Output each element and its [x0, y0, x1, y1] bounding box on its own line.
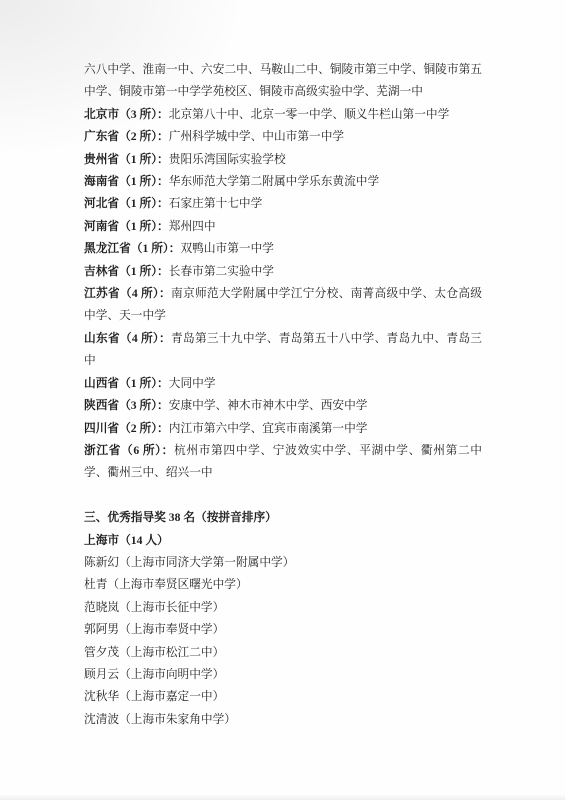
school-list: 安康中学、神木市神木中学、西安中学: [169, 399, 368, 412]
school-list: 广州科学城中学、中山市第一中学: [169, 130, 344, 143]
school-list: 贵阳乐湾国际实验学校: [169, 153, 286, 166]
instructor-entry: 杜青（上海市奉贤区曙光中学）: [84, 574, 482, 596]
province-count: （1 所）：: [119, 377, 169, 390]
school-list-continuation-text: 六八中学、淮南一中、六安二中、马鞍山二中、铜陵市第三中学、铜陵市第五中学、铜陵市…: [84, 63, 482, 98]
instructor-name: 沈清波: [84, 713, 119, 726]
province-name: 浙江省: [84, 444, 121, 457]
province-name: 河北省: [84, 197, 119, 210]
province-label: 陕西省（3 所）：: [84, 399, 169, 412]
province-name: 广东省: [84, 130, 119, 143]
award-entry: 黑龙江省（1 所）：双鸭山市第一中学: [84, 238, 482, 260]
province-count: （3 所）：: [119, 399, 169, 412]
province-count: （1 所）：: [131, 242, 181, 255]
school-list: 华东师范大学第二附属中学乐东黄流中学: [169, 175, 379, 188]
province-name: 江苏省: [84, 287, 120, 300]
province-name: 黑龙江省: [84, 242, 131, 255]
instructor-school: （上海市同济大学第一附属中学）: [119, 556, 294, 569]
instructor-entry: 沈清波（上海市朱家角中学）: [84, 709, 482, 731]
award-entry: 吉林省（1 所）：长春市第二实验中学: [84, 261, 482, 283]
province-count: （1 所）：: [119, 175, 169, 188]
instructor-school: （上海市奉贤中学）: [119, 623, 224, 636]
instructor-school: （上海市松江二中）: [119, 646, 224, 659]
province-name: 贵州省: [84, 153, 119, 166]
city-heading: 上海市（14 人）: [84, 530, 482, 552]
province-count: （1 所）：: [119, 197, 169, 210]
instructor-school: （上海市奉贤区曙光中学）: [107, 578, 247, 591]
instructor-name: 管夕茂: [84, 646, 119, 659]
award-entry: 河南省（1 所）：郑州四中: [84, 216, 482, 238]
province-label: 山东省（4 所）：: [84, 332, 171, 345]
province-name: 吉林省: [84, 265, 119, 278]
award-entry: 四川省（2 所）：内江市第六中学、宜宾市南溪第一中学: [84, 418, 482, 440]
instructor-name: 范晓岚: [84, 601, 119, 614]
province-label: 海南省（1 所）：: [84, 175, 169, 188]
instructor-entry: 陈新幻（上海市同济大学第一附属中学）: [84, 552, 482, 574]
instructor-name: 郭阿男: [84, 623, 119, 636]
province-label: 河南省（1 所）：: [84, 220, 169, 233]
province-name: 海南省: [84, 175, 119, 188]
instructor-name: 沈秋华: [84, 690, 119, 703]
province-count: （2 所）：: [119, 130, 169, 143]
school-list: 长春市第二实验中学: [169, 265, 274, 278]
section-heading: 三、优秀指导奖 38 名（按拼音排序）: [84, 507, 482, 529]
instructor-entry: 沈秋华（上海市嘉定一中）: [84, 686, 482, 708]
province-count: （1 所）：: [119, 265, 169, 278]
instructor-entry: 顾月云（上海市向明中学）: [84, 664, 482, 686]
province-label: 黑龙江省（1 所）：: [84, 242, 180, 255]
province-label: 浙江省（6 所）：: [84, 444, 174, 457]
award-entry: 浙江省（6 所）：杭州市第四中学、宁波效实中学、平湖中学、衢州第二中学、衢州三中…: [84, 440, 482, 485]
award-entry: 陕西省（3 所）：安康中学、神木市神木中学、西安中学: [84, 395, 482, 417]
instructor-entry: 郭阿男（上海市奉贤中学）: [84, 619, 482, 641]
school-list: 内江市第六中学、宜宾市南溪第一中学: [169, 422, 368, 435]
province-name: 山东省: [84, 332, 120, 345]
award-entry: 北京市（3 所）：北京第八十中、北京一零一中学、顺义牛栏山第一中学: [84, 104, 482, 126]
province-count: （1 所）：: [119, 153, 169, 166]
instructor-school: （上海市朱家角中学）: [119, 713, 236, 726]
instructor-name: 杜青: [84, 578, 107, 591]
province-count: （1 所）：: [119, 220, 169, 233]
award-entry: 河北省（1 所）：石家庄第十七中学: [84, 193, 482, 215]
instructor-school: （上海市嘉定一中）: [119, 690, 224, 703]
school-list-continuation: 六八中学、淮南一中、六安二中、马鞍山二中、铜陵市第三中学、铜陵市第五中学、铜陵市…: [84, 59, 482, 104]
province-label: 河北省（1 所）：: [84, 197, 169, 210]
province-name: 北京市: [84, 108, 119, 121]
award-entry: 广东省（2 所）：广州科学城中学、中山市第一中学: [84, 126, 482, 148]
province-count: （6 所）：: [121, 444, 174, 457]
province-label: 四川省（2 所）：: [84, 422, 169, 435]
instructor-school: （上海市向明中学）: [119, 668, 224, 681]
award-entry: 山东省（4 所）：青岛第三十九中学、青岛第五十八中学、青岛九中、青岛三中: [84, 328, 482, 373]
province-name: 山西省: [84, 377, 119, 390]
school-list: 双鸭山市第一中学: [180, 242, 274, 255]
instructor-name: 陈新幻: [84, 556, 119, 569]
school-list: 北京第八十中、北京一零一中学、顺义牛栏山第一中学: [169, 108, 450, 121]
province-name: 河南省: [84, 220, 119, 233]
award-entry: 江苏省（4 所）：南京师范大学附属中学江宁分校、南菁高级中学、太仓高级中学、天一…: [84, 283, 482, 328]
school-list: 大同中学: [169, 377, 216, 390]
province-count: （3 所）：: [119, 108, 169, 121]
instructor-entry: 范晓岚（上海市长征中学）: [84, 597, 482, 619]
document-page: 六八中学、淮南一中、六安二中、马鞍山二中、铜陵市第三中学、铜陵市第五中学、铜陵市…: [0, 0, 565, 800]
province-name: 陕西省: [84, 399, 119, 412]
province-label: 吉林省（1 所）：: [84, 265, 169, 278]
school-list: 郑州四中: [169, 220, 216, 233]
province-count: （4 所）：: [120, 332, 171, 345]
province-label: 山西省（1 所）：: [84, 377, 169, 390]
award-entry: 海南省（1 所）：华东师范大学第二附属中学乐东黄流中学: [84, 171, 482, 193]
province-label: 江苏省（4 所）：: [84, 287, 171, 300]
award-entry: 贵州省（1 所）：贵阳乐湾国际实验学校: [84, 149, 482, 171]
award-entry: 山西省（1 所）：大同中学: [84, 373, 482, 395]
province-name: 四川省: [84, 422, 119, 435]
province-label: 广东省（2 所）：: [84, 130, 169, 143]
instructor-entry: 管夕茂（上海市松江二中）: [84, 642, 482, 664]
province-label: 贵州省（1 所）：: [84, 153, 169, 166]
province-count: （2 所）：: [119, 422, 169, 435]
instructor-name: 顾月云: [84, 668, 119, 681]
school-list: 石家庄第十七中学: [169, 197, 263, 210]
province-label: 北京市（3 所）：: [84, 108, 169, 121]
instructor-school: （上海市长征中学）: [119, 601, 224, 614]
province-count: （4 所）：: [120, 287, 171, 300]
